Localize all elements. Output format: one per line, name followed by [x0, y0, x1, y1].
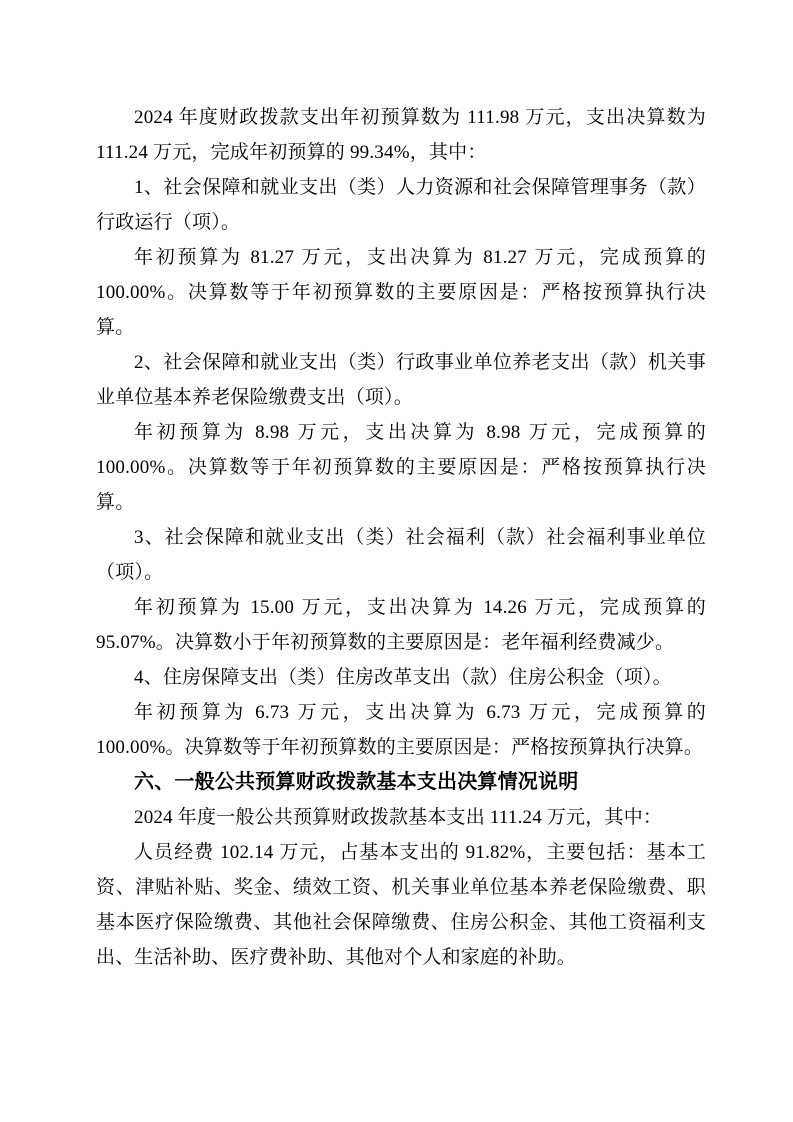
paragraph-item-4-title: 4、住房保障支出（类）住房改革支出（款）住房公积金（项）。 — [96, 660, 706, 695]
text-line: 业单位基本养老保险缴费支出（项）。 — [96, 380, 706, 415]
paragraph-item-3-title: 3、社会保障和就业支出（类）社会福利（款）社会福利事业单位 （项）。 — [96, 520, 706, 590]
text-line: 年初预算为 8.98 万元，支出决算为 8.98 万元，完成预算的 — [96, 415, 706, 450]
text-line: 年初预算为 81.27 万元，支出决算为 81.27 万元，完成预算的 — [96, 240, 706, 275]
text-line: 基本医疗保险缴费、其他社会保障缴费、住房公积金、其他工资福利支 — [96, 905, 706, 940]
text-line: 人员经费 102.14 万元，占基本支出的 91.82%，主要包括：基本工 — [96, 835, 706, 870]
text-line: 2、社会保障和就业支出（类）行政事业单位养老支出（款）机关事 — [96, 345, 706, 380]
paragraph-item-2-detail: 年初预算为 8.98 万元，支出决算为 8.98 万元，完成预算的 100.00… — [96, 415, 706, 520]
paragraph-item-2-title: 2、社会保障和就业支出（类）行政事业单位养老支出（款）机关事 业单位基本养老保险… — [96, 345, 706, 415]
paragraph-item-3-detail: 年初预算为 15.00 万元，支出决算为 14.26 万元，完成预算的 95.0… — [96, 590, 706, 660]
paragraph-funding-expenditure-summary: 2024 年度财政拨款支出年初预算数为 111.98 万元，支出决算数为 111… — [96, 100, 706, 170]
text-line: 100.00%。决算数等于年初预算数的主要原因是：严格按预算执行决算。 — [96, 730, 706, 765]
paragraph-personnel-funds-detail: 人员经费 102.14 万元，占基本支出的 91.82%，主要包括：基本工 资、… — [96, 835, 706, 975]
document-page: 2024 年度财政拨款支出年初预算数为 111.98 万元，支出决算数为 111… — [0, 0, 793, 1122]
text-line: 算。 — [96, 485, 706, 520]
text-line: 行政运行（项）。 — [96, 205, 706, 240]
text-line: 2024 年度一般公共预算财政拨款基本支出 111.24 万元，其中： — [96, 800, 706, 835]
paragraph-item-1-title: 1、社会保障和就业支出（类）人力资源和社会保障管理事务（款） 行政运行（项）。 — [96, 170, 706, 240]
text-line: 算。 — [96, 310, 706, 345]
text-line: 出、生活补助、医疗费补助、其他对个人和家庭的补助。 — [96, 940, 706, 975]
section-six: 六、一般公共预算财政拨款基本支出决算情况说明 — [96, 765, 706, 800]
section-heading: 六、一般公共预算财政拨款基本支出决算情况说明 — [96, 765, 706, 800]
text-line: 年初预算为 15.00 万元，支出决算为 14.26 万元，完成预算的 — [96, 590, 706, 625]
text-line: 1、社会保障和就业支出（类）人力资源和社会保障管理事务（款） — [96, 170, 706, 205]
paragraph-item-4-detail: 年初预算为 6.73 万元，支出决算为 6.73 万元，完成预算的 100.00… — [96, 695, 706, 765]
text-line: 111.24 万元，完成年初预算的 99.34%，其中： — [96, 135, 706, 170]
text-line: 2024 年度财政拨款支出年初预算数为 111.98 万元，支出决算数为 — [96, 100, 706, 135]
text-line: 100.00%。决算数等于年初预算数的主要原因是：严格按预算执行决 — [96, 450, 706, 485]
text-column: 2024 年度财政拨款支出年初预算数为 111.98 万元，支出决算数为 111… — [96, 100, 706, 975]
text-line: 95.07%。决算数小于年初预算数的主要原因是：老年福利经费减少。 — [96, 625, 706, 660]
text-line: 100.00%。决算数等于年初预算数的主要原因是：严格按预算执行决 — [96, 275, 706, 310]
text-line: 资、津贴补贴、奖金、绩效工资、机关事业单位基本养老保险缴费、职工 — [96, 870, 706, 905]
text-line: 4、住房保障支出（类）住房改革支出（款）住房公积金（项）。 — [96, 660, 706, 695]
paragraph-basic-expenditure-summary: 2024 年度一般公共预算财政拨款基本支出 111.24 万元，其中： — [96, 800, 706, 835]
paragraph-item-1-detail: 年初预算为 81.27 万元，支出决算为 81.27 万元，完成预算的 100.… — [96, 240, 706, 345]
text-line: （项）。 — [96, 555, 706, 590]
text-line: 3、社会保障和就业支出（类）社会福利（款）社会福利事业单位 — [96, 520, 706, 555]
text-line: 年初预算为 6.73 万元，支出决算为 6.73 万元，完成预算的 — [96, 695, 706, 730]
